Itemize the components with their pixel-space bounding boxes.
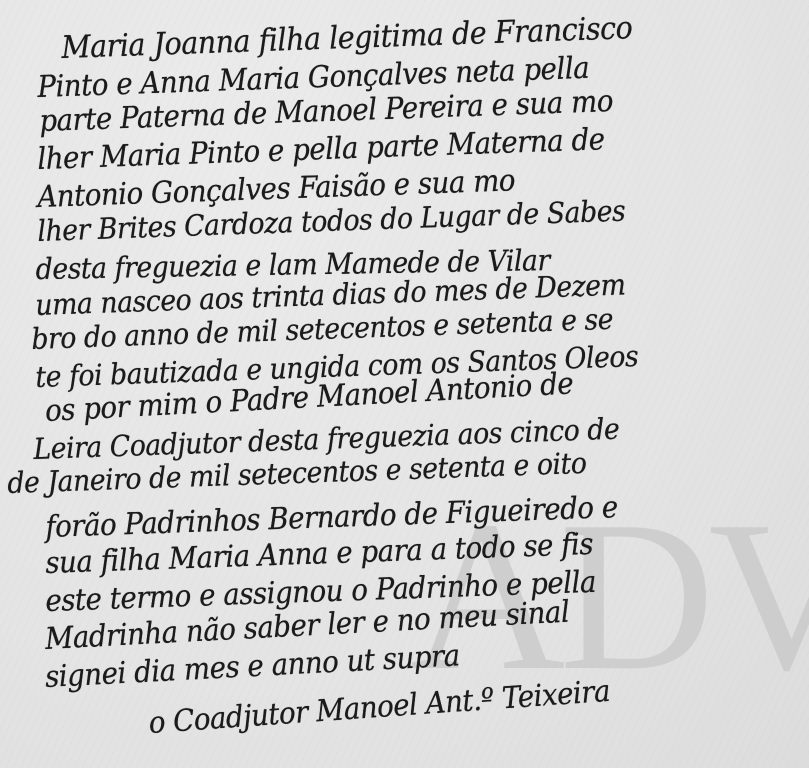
- document-page: ADV Maria Joanna filha legitima de Franc…: [0, 0, 809, 768]
- manuscript-text: Maria Joanna filha legitima de Francisco…: [0, 0, 809, 768]
